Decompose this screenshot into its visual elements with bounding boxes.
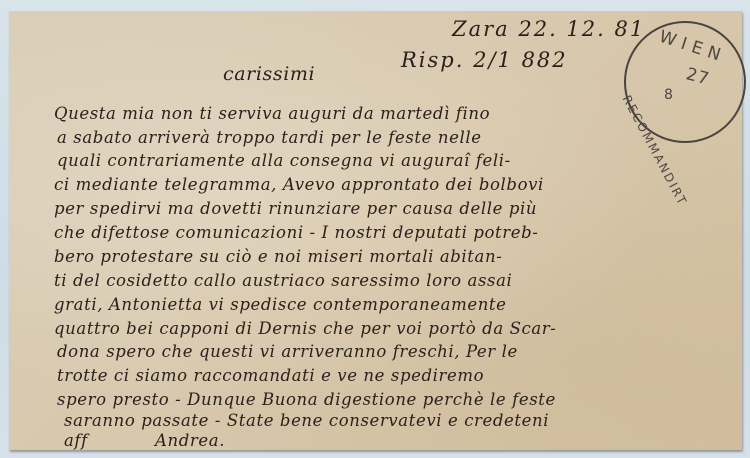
letter-line: ti del cosidetto callo austriaco saressi… (54, 271, 512, 290)
letter-line: trotte ci siamo raccomandati e ve ne spe… (57, 366, 484, 385)
place-date: Zara 22. 12. 81 (452, 17, 645, 41)
letter-line: Questa mia non ti serviva auguri da mart… (54, 104, 490, 123)
letter-line: grati, Antonietta vi spedisce contempora… (54, 295, 507, 314)
postmark-city: WIEN (657, 27, 729, 67)
letter-line: quali contrariamente alla consegna vi au… (57, 151, 511, 170)
letter-line: ci mediante telegramma, Avevo approntato… (54, 175, 544, 194)
letter-line: quattro bei capponi di Dernis che per vo… (54, 319, 556, 338)
postmark-day: 27 (684, 64, 712, 89)
letter-line: saranno passate - State bene conservatev… (64, 411, 549, 430)
received-note: Risp. 2/1 882 (401, 48, 568, 72)
postcard: Zara 22. 12. 81 Risp. 2/1 882 WIEN 27 8 … (9, 11, 742, 450)
closing-aff: aff (64, 431, 88, 450)
letter-line: spero presto - Dunque Buona digestione p… (57, 390, 556, 409)
postmark-month: 8 (664, 87, 674, 103)
postmark-stamp: WIEN 27 8 RECOMMANDIRT (624, 21, 746, 143)
letter-line: bero protestare su ciò e noi miseri mort… (54, 247, 502, 266)
letter-line: dona spero che questi vi arriveranno fre… (57, 342, 518, 361)
letter-line: a sabato arriverà troppo tardi per le fe… (57, 128, 482, 147)
letter-line: per spedirvi ma dovetti rinunziare per c… (54, 199, 537, 218)
letter-line: che difettose comunicazioni - I nostri d… (54, 223, 538, 242)
greeting: carissimi (223, 63, 315, 85)
signature: Andrea. (155, 431, 225, 450)
postmark-bottom-text: RECOMMANDIRT (620, 93, 690, 208)
